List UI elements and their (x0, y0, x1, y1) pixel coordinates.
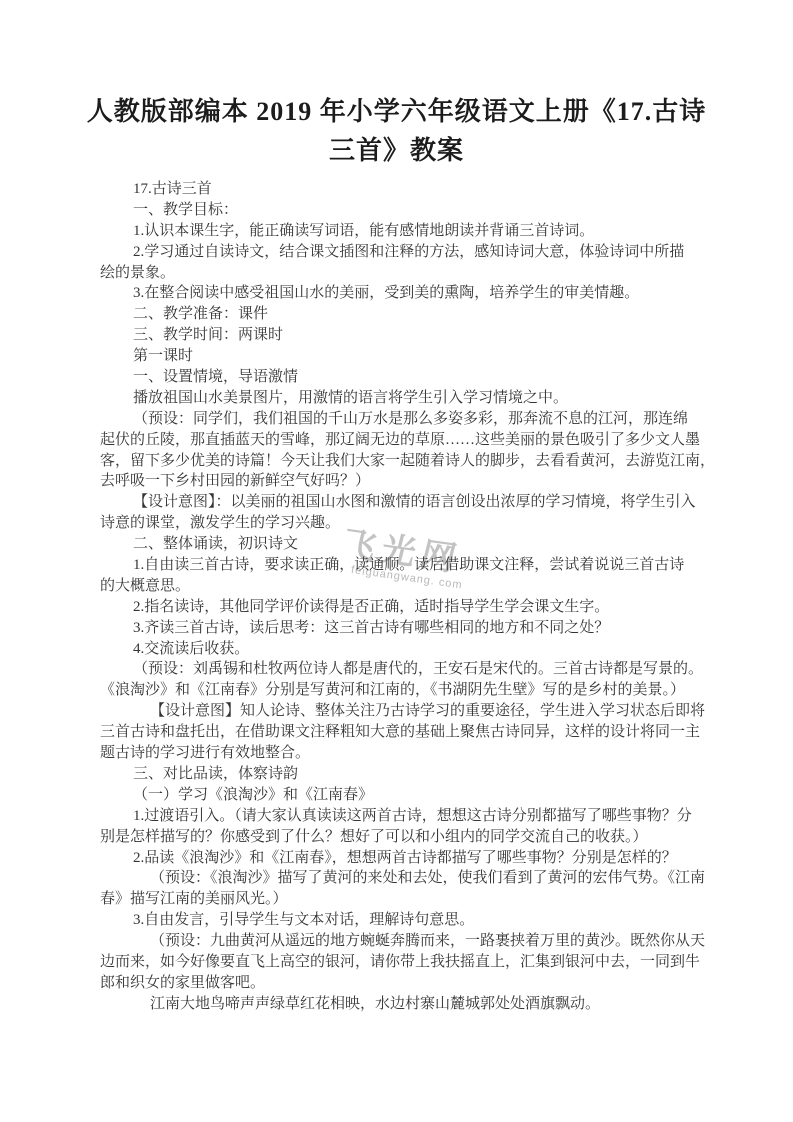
text-line: （预设：刘禹锡和杜牧两位诗人都是唐代的，王安石是宋代的。三首古诗都是写景的。 (100, 659, 700, 680)
text-line: 郎和织女的家里做客吧。 (100, 973, 700, 994)
document-page: 飞光网 feiguangwang. com 人教版部编本 2019 年小学六年级… (0, 0, 793, 1122)
text-line: 1.自由读三首古诗，要求读正确，读通顺。读后借助课文注释，尝试着说说三首古诗 (100, 555, 700, 576)
text-line: 春》描写江南的美丽风光。） (100, 889, 700, 910)
text-line: （预设：九曲黄河从遥远的地方蜿蜒奔腾而来，一路裹挟着万里的黄沙。既然你从天 (100, 931, 700, 952)
text-line: 三、对比品读，体察诗韵 (100, 764, 700, 785)
document-title: 人教版部编本 2019 年小学六年级语文上册《17.古诗 三首》教案 (60, 92, 733, 170)
text-line: （预设：《浪淘沙》描写了黄河的来处和去处，使我们看到了黄河的宏伟气势。《江南 (100, 868, 700, 889)
text-line: （一）学习《浪淘沙》和《江南春》 (100, 785, 700, 806)
text-line: 二、整体诵读，初识诗文 (100, 534, 700, 555)
text-line: 17.古诗三首 (100, 179, 700, 200)
text-line: 二、教学准备：课件 (100, 304, 700, 325)
text-line: 题古诗的学习进行有效地整合。 (100, 743, 700, 764)
document-body: 17.古诗三首一、教学目标：1.认识本课生字，能正确读写词语，能有感情地朗读并背… (100, 179, 700, 1015)
text-line: 第一课时 (100, 346, 700, 367)
text-line: 一、教学目标： (100, 200, 700, 221)
text-line: 【设计意图】知人论诗、整体关注乃古诗学习的重要途径，学生进入学习状态后即将 (100, 701, 700, 722)
text-line: 一、设置情境，导语激情 (100, 367, 700, 388)
text-line: 绘的景象。 (100, 263, 700, 284)
text-line: 2.品读《浪淘沙》和《江南春》，想想两首古诗都描写了哪些事物？分别是怎样的？ (100, 848, 700, 869)
text-line: 3.在整合阅读中感受祖国山水的美丽，受到美的熏陶，培养学生的审美情趣。 (100, 283, 700, 304)
text-line: 3.齐读三首古诗，读后思考：这三首古诗有哪些相同的地方和不同之处？ (100, 618, 700, 639)
text-line: 客，留下多少优美的诗篇！今天让我们大家一起随着诗人的脚步，去看看黄河，去游览江南… (100, 451, 700, 472)
text-line: 3.自由发言，引导学生与文本对话，理解诗句意思。 (100, 910, 700, 931)
text-line: 1.认识本课生字，能正确读写词语，能有感情地朗读并背诵三首诗词。 (100, 221, 700, 242)
text-line: 起伏的丘陵，那直插蓝天的雪峰，那辽阔无边的草原……这些美丽的景色吸引了多少文人墨 (100, 430, 700, 451)
text-line: 1.过渡语引入。（请大家认真读读这两首古诗，想想这古诗分别都描写了哪些事物？分 (100, 806, 700, 827)
text-line: 边而来，如今好像要直飞上高空的银河，请你带上我扶摇直上，汇集到银河中去，一同到牛 (100, 952, 700, 973)
text-line: 去呼吸一下乡村田园的新鲜空气好吗？） (100, 471, 700, 492)
text-line: 三、教学时间：两课时 (100, 325, 700, 346)
text-line: 2.指名读诗，其他同学评价读得是否正确，适时指导学生学会课文生字。 (100, 597, 700, 618)
text-line: 的大概意思。 (100, 576, 700, 597)
document-title-line-1: 人教版部编本 2019 年小学六年级语文上册《17.古诗 (60, 92, 733, 131)
text-line: 4.交流读后收获。 (100, 639, 700, 660)
text-line: 三首古诗和盘托出，在借助课文注释粗知大意的基础上聚焦古诗同异，这样的设计将同一主 (100, 722, 700, 743)
text-line: 《浪淘沙》和《江南春》分别是写黄河和江南的，《书湖阴先生壁》写的是乡村的美景。） (100, 680, 700, 701)
text-line: （预设：同学们，我们祖国的千山万水是那么多姿多彩，那奔流不息的江河，那连绵 (100, 409, 700, 430)
text-line: 2.学习通过自读诗文，结合课文插图和注释的方法，感知诗词大意，体验诗词中所描 (100, 242, 700, 263)
text-line: 【设计意图】：以美丽的祖国山水图和激情的语言创设出浓厚的学习情境，将学生引入 (100, 492, 700, 513)
text-line: 播放祖国山水美景图片，用激情的语言将学生引入学习情境之中。 (100, 388, 700, 409)
document-title-line-2: 三首》教案 (60, 131, 733, 170)
text-line: 别是怎样描写的？你感受到了什么？想好了可以和小组内的同学交流自己的收获。） (100, 827, 700, 848)
text-line: 江南大地鸟啼声声绿草红花相映，水边村寨山麓城郭处处酒旗飘动。 (100, 994, 700, 1015)
text-line: 诗意的课堂，激发学生的学习兴趣。 (100, 513, 700, 534)
